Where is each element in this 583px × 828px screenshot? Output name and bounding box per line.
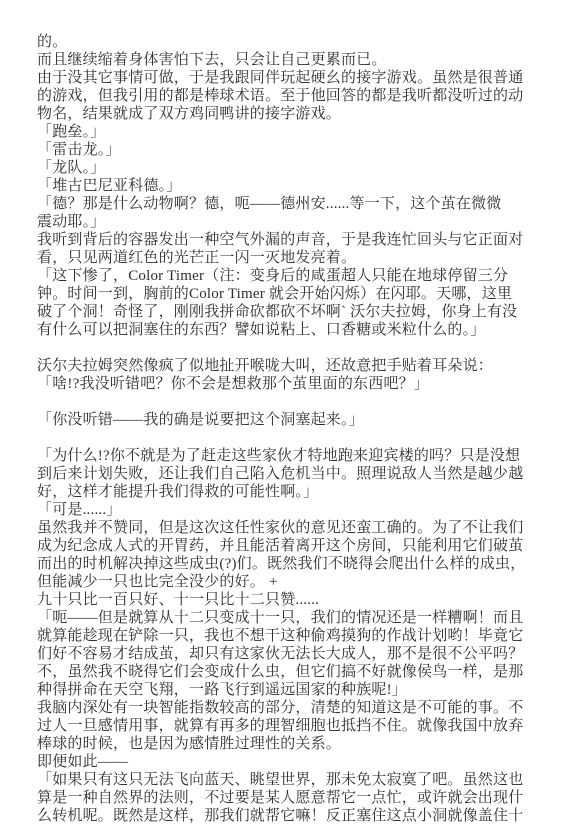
text-line: 我听到背后的容器发出一种空气外漏的声音，于是我连忙回头与它正面对 — [37, 231, 553, 249]
text-line: 「你没听错——我的确是说要把这个洞塞起来。」 — [37, 411, 553, 429]
text-line: 「雷击龙。」 — [37, 141, 553, 159]
text-line: 「啥!?我没听错吧？你不会是想救那个茧里面的东西吧？」 — [37, 375, 553, 393]
text-line: 们好不容易才结成茧，却只有这家伙无法长大成人，那不是很不公平吗？ — [37, 645, 553, 663]
text-line: 算是一种自然界的法则，不过要是某人愿意帮它一点忙，或许就会出现什 — [37, 789, 553, 807]
text-line: 钟。时间一到，胸前的Color Timer 就会开始闪烁）在闪耶。天哪，这里 — [37, 285, 553, 303]
text-line: 「为什么!?你不就是为了赶走这些家伙才特地跑来迎宾楼的吗？只是没想 — [37, 447, 553, 465]
text-line: 「这下惨了，Color Timer（注：变身后的咸蛋超人只能在地球停留三分 — [37, 267, 553, 285]
text-line: 看，只见两道红色的光芒正一闪一灭地发亮着。 — [37, 249, 553, 267]
text-line: 但能减少一只也比完全没少的好。 + — [37, 573, 553, 591]
text-line: 不，虽然我不晓得它们会变成什么虫，但它们搞不好就像侯鸟一样，是那 — [37, 663, 553, 681]
text-line: 棒球的时候，也是因为感情胜过理性的关系。 — [37, 735, 553, 753]
text-line: 「呃——但是就算从十二只变成十一只，我们的情况还是一样糟啊！而且 — [37, 609, 553, 627]
text-line: 我脑内深处有一块智能指数较高的部分，清楚的知道这是不可能的事。不 — [37, 699, 553, 717]
text-line: 就算能趁现在铲除一只，我也不想干这种偷鸡摸狗的作战计划哟！毕竟它 — [37, 627, 553, 645]
blank-line — [37, 429, 553, 447]
text-line: 由于没其它事情可做，于是我跟同伴玩起硬幺的接字游戏。虽然是很普通 — [37, 69, 553, 87]
blank-line — [37, 339, 553, 357]
text-line: 「如果只有这只无法飞向蓝天、眺望世界，那未免太寂寞了吧。虽然这也 — [37, 771, 553, 789]
text-line: 虽然我并不赞同，但是这次这任性家伙的意见还蛮工确的。为了不让我们 — [37, 519, 553, 537]
text-line: 的。 — [37, 33, 553, 51]
text-line: 么转机呢。既然是这样，那我们就帮它嘛！反正塞住这点小洞就像盖住十 — [37, 807, 553, 825]
text-line: 而且继续缩着身体害怕下去，只会让自己更累而已。 — [37, 51, 553, 69]
text-line: 「跑垒。」 — [37, 123, 553, 141]
text-line: 种得拼命在天空飞翔，一路飞行到遥远国家的种族呢!」 — [37, 681, 553, 699]
blank-line — [37, 393, 553, 411]
document-page: 的。而且继续缩着身体害怕下去，只会让自己更累而已。由于没其它事情可做，于是我跟同… — [0, 0, 583, 828]
text-line: 成为纪念成人式的开胃药，并且能活着离开这个房间，只能利用它们破茧 — [37, 537, 553, 555]
text-line: 好，这样才能提升我们得救的可能性啊。」 — [37, 483, 553, 501]
text-line: 震动耶。」 — [37, 213, 553, 231]
text-line: 有什么可以把洞塞住的东西？譬如说粘上、口香糖或米粒什么的。」 — [37, 321, 553, 339]
text-line: 即便如此—— — [37, 753, 553, 771]
text-line: 物名，结果就成了双方鸡同鸭讲的接字游戏。 — [37, 105, 553, 123]
text-block: 的。而且继续缩着身体害怕下去，只会让自己更累而已。由于没其它事情可做，于是我跟同… — [37, 33, 553, 825]
text-line: 「堆古巴尼亚科德。」 — [37, 177, 553, 195]
text-line: 「德？那是什么动物啊？德，呃——德州安......等一下，这个茧在微微 — [37, 195, 553, 213]
text-line: 过人一旦感情用事，就算有再多的理智细胞也抵挡不住。就像我国中放弃 — [37, 717, 553, 735]
text-line: 沃尔夫拉姆突然像疯了似地扯开喉咙大叫，还故意把手贴着耳朵说： — [37, 357, 553, 375]
text-line: 破了个洞！奇怪了，刚刚我拼命砍都砍不坏啊` 沃尔夫拉姆，你身上有没 — [37, 303, 553, 321]
text-line: 到后来计划失败，还让我们自己陷入危机当中。照理说敌人当然是越少越 — [37, 465, 553, 483]
text-line: 「可是......」 — [37, 501, 553, 519]
text-line: 而出的时机解决掉这些成虫(?)们。既然我们不晓得会爬出什么样的成虫， — [37, 555, 553, 573]
text-line: 「龙队。」 — [37, 159, 553, 177]
text-line: 九十只比一百只好、十一只比十二只赞...... — [37, 591, 553, 609]
text-line: 的游戏，但我引用的都是棒球术语。至于他回答的都是我听都没听过的动 — [37, 87, 553, 105]
